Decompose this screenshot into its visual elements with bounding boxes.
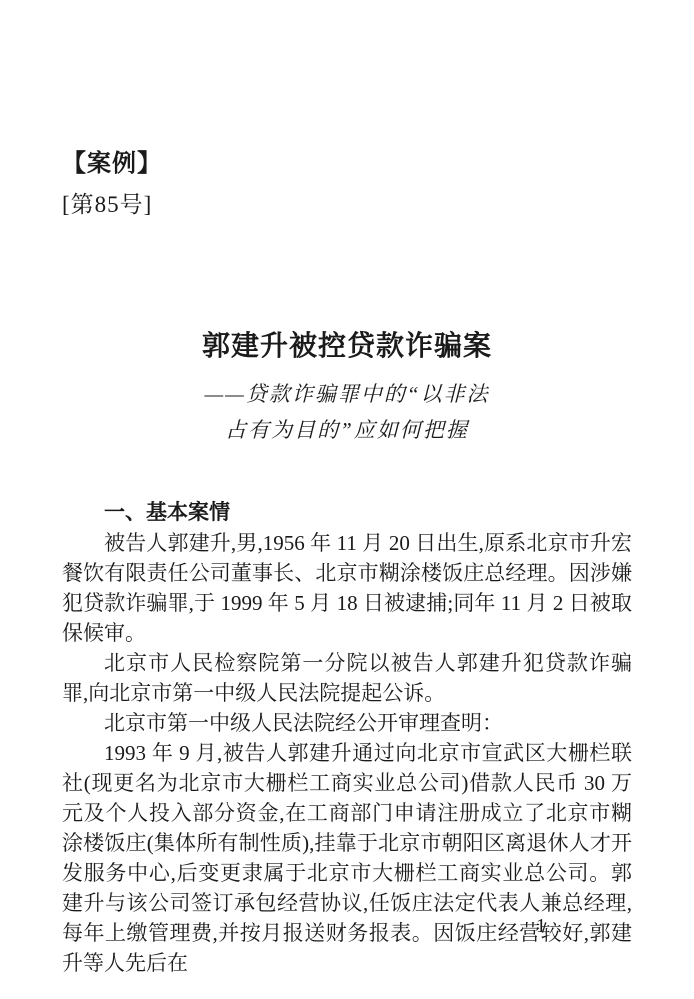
title-block: 郭建升被控贷款诈骗案 ——贷款诈骗罪中的“以非法 占有为目的”应如何把握 <box>62 330 632 448</box>
document-page: 【案例】 [第85号] 郭建升被控贷款诈骗案 ——贷款诈骗罪中的“以非法 占有为… <box>0 0 694 999</box>
subtitle-line-1: ——贷款诈骗罪中的“以非法 <box>62 376 632 412</box>
section-heading-basic-facts: 一、基本案情 <box>62 498 632 528</box>
paragraph-case-background: 1993 年 9 月,被告人郭建升通过向北京市宣武区大栅栏联社(现更名为北京市大… <box>62 738 632 978</box>
case-title: 郭建升被控贷款诈骗案 <box>62 330 632 362</box>
page-content: 【案例】 [第85号] 郭建升被控贷款诈骗案 ——贷款诈骗罪中的“以非法 占有为… <box>0 148 694 978</box>
case-number: [第85号] <box>62 190 632 220</box>
paragraph-prosecution: 北京市人民检察院第一分院以被告人郭建升犯贷款诈骗罪,向北京市第一中级人民法院提起… <box>62 648 632 708</box>
subtitle-line-2: 占有为目的”应如何把握 <box>62 412 632 448</box>
page-number: 1 <box>536 915 546 937</box>
paragraph-defendant-info: 被告人郭建升,男,1956 年 11 月 20 日出生,原系北京市升宏餐饮有限责… <box>62 528 632 648</box>
case-subtitle: ——贷款诈骗罪中的“以非法 占有为目的”应如何把握 <box>62 376 632 448</box>
category-label: 【案例】 <box>62 148 632 180</box>
body-text: 一、基本案情 被告人郭建升,男,1956 年 11 月 20 日出生,原系北京市… <box>62 498 632 978</box>
paragraph-court-finding-intro: 北京市第一中级人民法院经公开审理查明： <box>62 708 632 738</box>
